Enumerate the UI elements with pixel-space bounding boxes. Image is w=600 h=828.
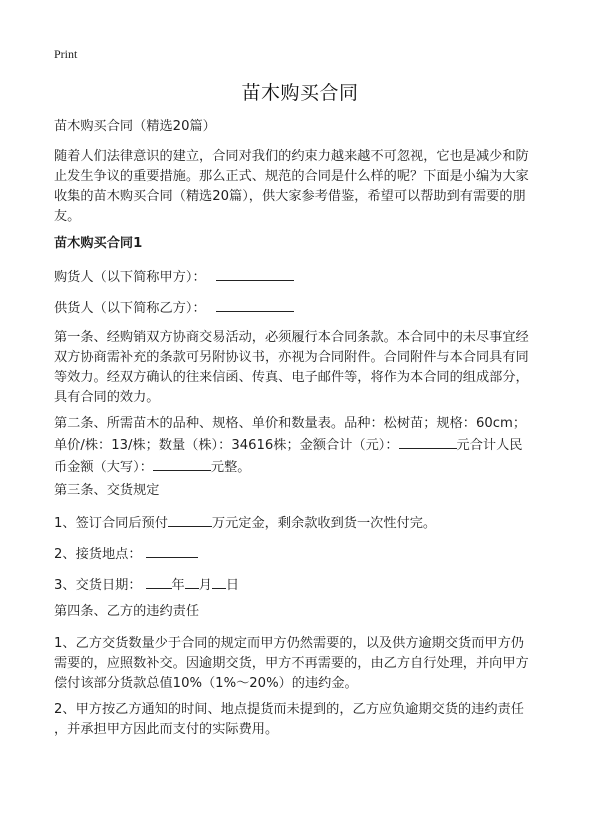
article-4-item-1-line: 需要的，应照数补交。因逾期交货，甲方不再需要的，由乙方自行处理，并向甲方 <box>54 654 574 674</box>
intro-paragraph: 随着人们法律意识的建立，合同对我们的约束力越来越不可忽视，它也是减少和防 止发生… <box>54 147 574 227</box>
article-1-line: 第一条、经购销双方协商交易活动，必须履行本合同条款。本合同中的未尽事宜经 <box>54 328 574 348</box>
year-blank[interactable] <box>146 574 172 589</box>
document-subtitle: 苗木购买合同（精选20篇） <box>54 117 574 137</box>
capital-amount-blank[interactable] <box>153 456 211 471</box>
buyer-label: 购货人（以下简称甲方）： <box>54 270 206 285</box>
total-amount-blank[interactable] <box>399 434 457 449</box>
article-4-item-1-line: 1、乙方交货数量少于合同的规定而甲方仍然需要的，以及供方逾期交货而甲方仍 <box>54 634 574 654</box>
rmb-label: 元合计人民 <box>457 438 523 453</box>
capital-amount-label: 币金额（大写）： <box>54 460 153 475</box>
article-1-line: 双方协商需补充的条款可另附协议书，亦视为合同附件。合同附件与本合同具有同 <box>54 348 574 368</box>
seller-field-row: 供货人（以下简称乙方）： <box>54 297 574 319</box>
month-label: 月 <box>199 578 212 593</box>
intro-line: 收集的苗木购买合同（精选20篇），供大家参考借鉴，希望可以帮助到有需要的朋 <box>54 187 574 207</box>
deposit-label: 1、签订合同后预付 <box>54 516 168 531</box>
article-3-item-2: 2、接货地点： <box>54 543 574 565</box>
article-2-line: 第二条、所需苗木的品种、规格、单价和数量表。品种：松树苗；规格：60cm； <box>54 414 574 434</box>
yuan-label: 元整。 <box>211 460 251 475</box>
article-3-heading: 第三条、交货规定 <box>54 481 574 501</box>
article-4-item-2-line: 2、甲方按乙方通知的时间、地点提货而未提到的，乙方应负逾期交货的违约责任 <box>54 700 574 720</box>
deposit-blank[interactable] <box>168 512 212 527</box>
article-4-item-2: 2、甲方按乙方通知的时间、地点提货而未提到的，乙方应负逾期交货的违约责任 ，并承… <box>54 700 574 740</box>
delivery-place-label: 2、接货地点： <box>54 547 142 562</box>
article-4-item-1: 1、乙方交货数量少于合同的规定而甲方仍然需要的，以及供方逾期交货而甲方仍 需要的… <box>54 634 574 694</box>
article-4-item-1-line: 偿付该部分货款总值10%（1%～20%）的违约金。 <box>54 674 574 694</box>
article-4-heading: 第四条、乙方的违约责任 <box>54 602 574 622</box>
seller-blank[interactable] <box>216 297 294 312</box>
buyer-field-row: 购货人（以下简称甲方）： <box>54 266 574 288</box>
year-label: 年 <box>172 578 185 593</box>
article-3-item-3: 3、交货日期：年月日 <box>54 574 574 596</box>
deposit-suffix: 万元定金，剩余款收到货一次性付完。 <box>212 516 436 531</box>
intro-line: 止发生争议的重要措施。那么正式、规范的合同是什么样的呢？下面是小编为大家 <box>54 167 574 187</box>
day-label: 日 <box>226 578 239 593</box>
intro-line: 友。 <box>54 207 574 227</box>
section-heading: 苗木购买合同1 <box>54 234 574 254</box>
print-label: Print <box>54 47 77 62</box>
document-title: 苗木购买合同 <box>0 78 600 105</box>
article-2: 第二条、所需苗木的品种、规格、单价和数量表。品种：松树苗；规格：60cm； 单价… <box>54 414 574 478</box>
article-1-line: 具有合同的效力。 <box>54 388 574 408</box>
month-blank[interactable] <box>185 574 199 589</box>
article-2-line: 单价/株：13/株；数量（株）：34616株；金额合计（元）：元合计人民 <box>54 434 574 456</box>
buyer-blank[interactable] <box>216 266 294 281</box>
delivery-date-label: 3、交货日期： <box>54 578 142 593</box>
total-amount-label: 单价/株：13/株；数量（株）：34616株；金额合计（元）： <box>54 438 399 453</box>
intro-line: 随着人们法律意识的建立，合同对我们的约束力越来越不可忽视，它也是减少和防 <box>54 147 574 167</box>
day-blank[interactable] <box>212 574 226 589</box>
article-4-item-2-line: ，并承担甲方因此而支付的实际费用。 <box>54 720 574 740</box>
article-2-line: 币金额（大写）：元整。 <box>54 456 574 478</box>
article-3-item-1: 1、签订合同后预付万元定金，剩余款收到货一次性付完。 <box>54 512 574 534</box>
document-page: Print 苗木购买合同 苗木购买合同（精选20篇） 随着人们法律意识的建立，合… <box>0 0 600 828</box>
seller-label: 供货人（以下简称乙方）： <box>54 301 206 316</box>
article-1-line: 等效力。经双方确认的往来信函、传真、电子邮件等，将作为本合同的组成部分， <box>54 368 574 388</box>
article-1: 第一条、经购销双方协商交易活动，必须履行本合同条款。本合同中的未尽事宜经 双方协… <box>54 328 574 408</box>
delivery-place-blank[interactable] <box>146 543 198 558</box>
